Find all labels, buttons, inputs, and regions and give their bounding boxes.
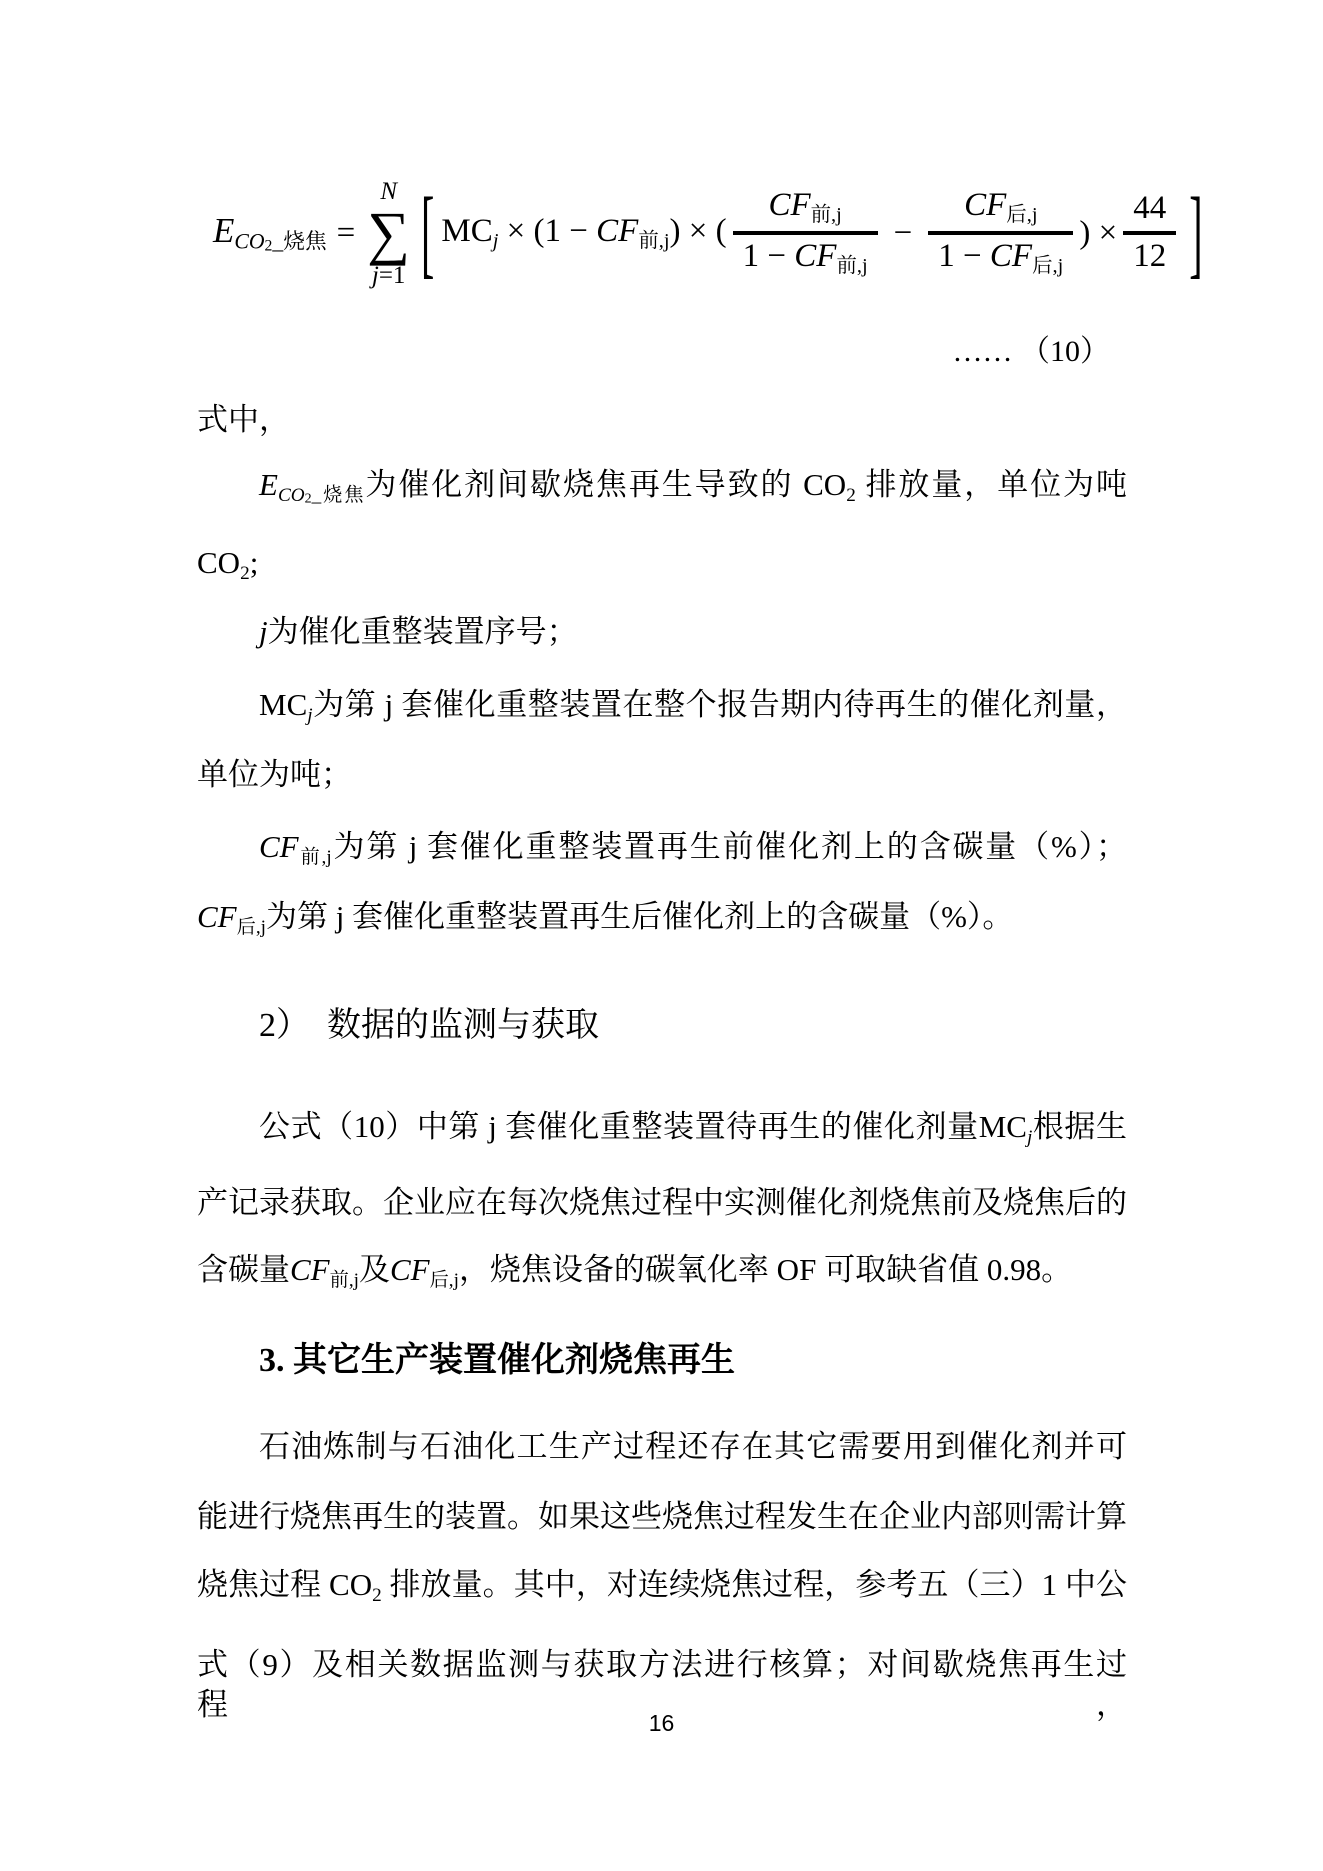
def-j: j为催化重整装置序号； (197, 612, 1127, 652)
def-e-co2-line-1: ECO2_烧焦为催化剂间歇烧焦再生导致的 CO2 排放量，单位为吨 (197, 465, 1127, 509)
section-heading-other-units: 3. 其它生产装置催化剂烧焦再生 (197, 1339, 1127, 1383)
close-paren-times: ) × (1079, 215, 1117, 252)
minus-sign: − (894, 215, 913, 252)
equation-number-10: …… （10） (953, 326, 1111, 370)
def-cf-before: CF前,j为第 j 套催化重整装置再生前催化剂上的含碳量（%）； (197, 827, 1127, 871)
fraction-cf-after: CF后,j 1 − CF后,j (928, 187, 1073, 278)
section-heading-data-monitoring: 2） 数据的监测与获取 (197, 1004, 1127, 1048)
def-mc-line-1: MCj为第 j 套催化重整装置在整个报告期内待再生的催化剂量， (197, 685, 1127, 729)
fraction-denominator: 12 (1123, 231, 1176, 276)
sum-lower-limit: j=1 (372, 263, 406, 288)
def-mc-line-2: 单位为吨； (197, 755, 1127, 795)
para-data-acquisition-line-3: 含碳量CF前,j及CF后,j，烧焦设备的碳氧化率 OF 可取缺省值 0.98。 (197, 1250, 1127, 1294)
formula-where-label: 式中， (197, 400, 1127, 440)
summation: N ∑ j=1 (367, 179, 410, 288)
fraction-cf-before: CF前,j 1 − CF前,j (733, 187, 878, 278)
para-other-units-line-3: 烧焦过程 CO2 排放量。其中，对连续烧焦过程，参考五（三）1 中公 (197, 1565, 1127, 1609)
equals-sign: = (337, 215, 356, 252)
fraction-numerator: CF前,j (758, 187, 851, 231)
sigma-symbol: ∑ (367, 205, 410, 262)
page-number: 16 (0, 1710, 1323, 1737)
fraction-numerator: 44 (1123, 190, 1176, 231)
document-page: ECO2_烧焦 = N ∑ j=1 [ MCj × (1 − CF前,j) × … (0, 0, 1323, 1871)
para-other-units-line-2: 能进行烧焦再生的装置。如果这些烧焦过程发生在企业内部则需计算 (197, 1497, 1127, 1537)
close-square-bracket: ] (1189, 183, 1202, 283)
fraction-denominator: 1 − CF前,j (733, 231, 878, 279)
open-square-bracket: [ (421, 183, 434, 283)
def-cf-after: CF后,j为第 j 套催化重整装置再生后催化剂上的含碳量（%）。 (197, 897, 1127, 941)
fraction-44-12: 44 12 (1123, 190, 1176, 276)
para-data-acquisition-line-1: 公式（10）中第 j 套催化重整装置待再生的催化剂量MCj根据生 (197, 1107, 1127, 1151)
formula-lhs-e-co2-shaojiao: ECO2_烧焦 (213, 211, 327, 256)
equation-10: ECO2_烧焦 = N ∑ j=1 [ MCj × (1 − CF前,j) × … (213, 163, 1210, 303)
para-other-units-line-1: 石油炼制与石油化工生产过程还存在其它需要用到催化剂并可 (197, 1427, 1127, 1467)
formula-terms: MCj × (1 − CF前,j) × ( (441, 213, 726, 253)
def-e-co2-line-2: CO2; (197, 543, 1127, 587)
fraction-denominator: 1 − CF后,j (928, 231, 1073, 279)
para-data-acquisition-line-2: 产记录获取。企业应在每次烧焦过程中实测催化剂烧焦前及烧焦后的 (197, 1183, 1127, 1223)
fraction-numerator: CF后,j (954, 187, 1047, 231)
